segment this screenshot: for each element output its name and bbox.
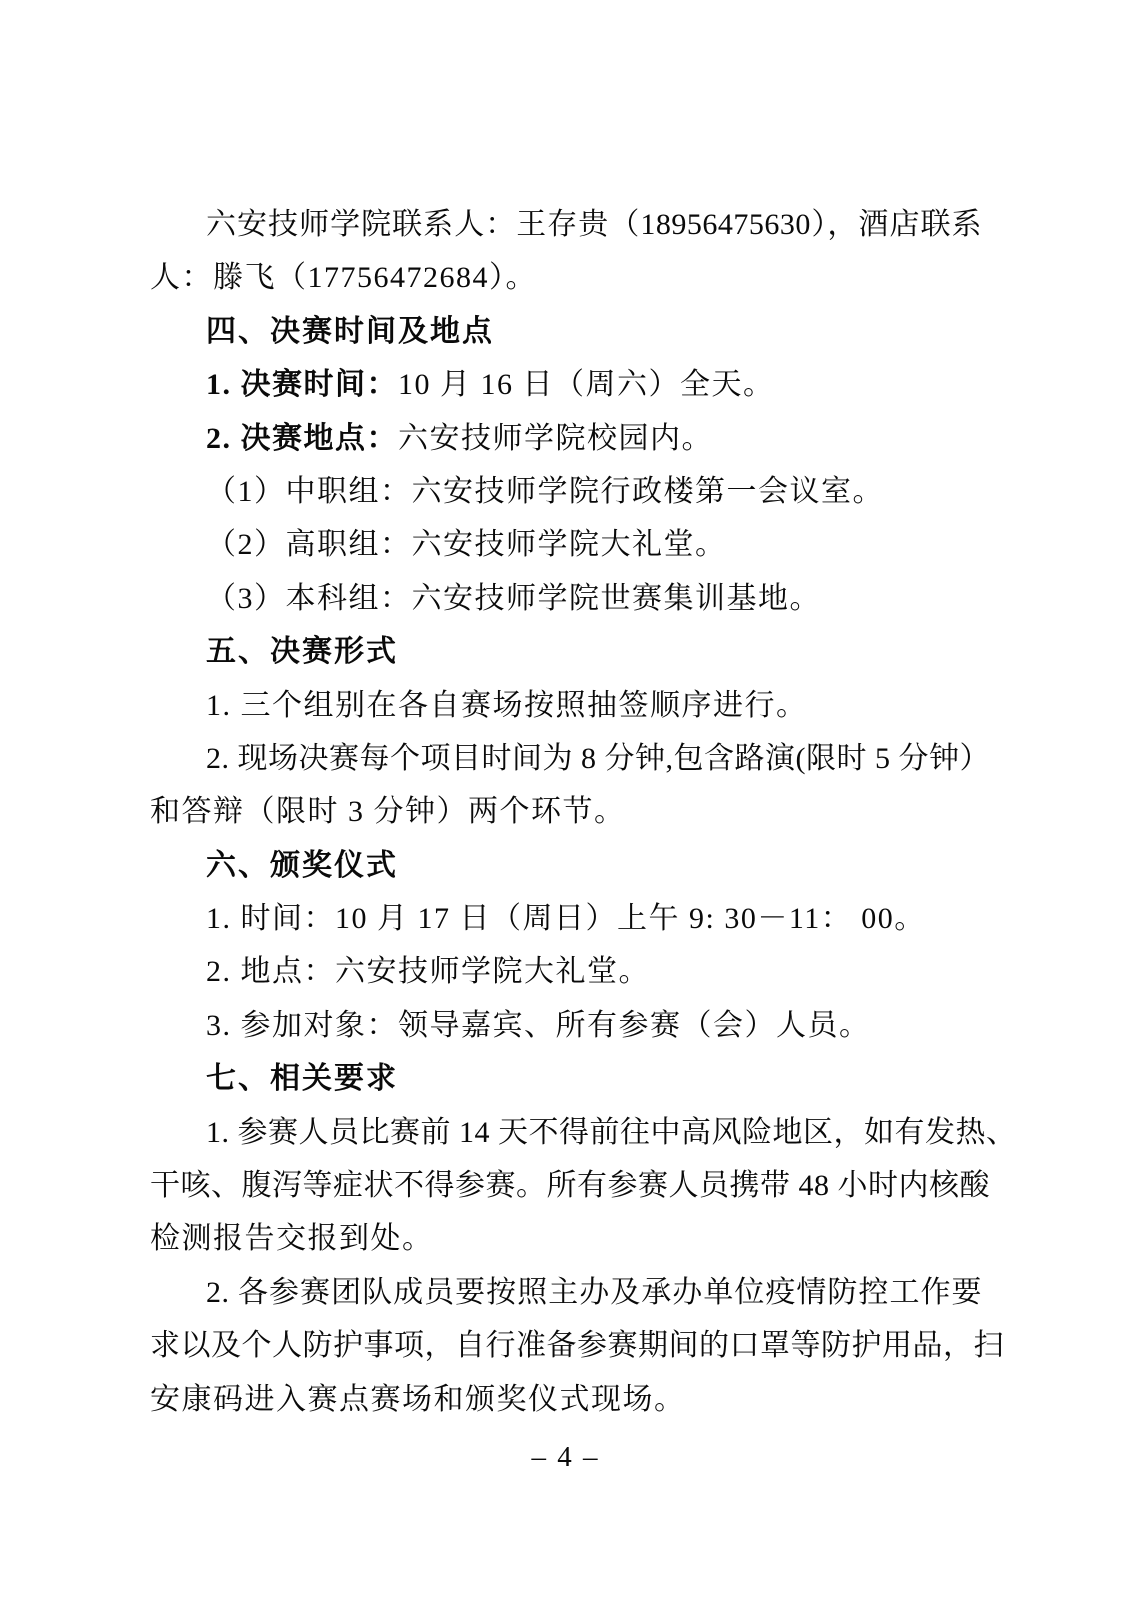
section-heading: 六、颁奖仪式: [206, 849, 398, 882]
text-line: 检测报告交报到处。: [150, 1212, 982, 1265]
text-line: 六安技师学院联系人：王存贵（18956475630），酒店联系: [150, 198, 982, 251]
text-line: 1. 参赛人员比赛前 14 天不得前往中高风险地区，如有发热、: [150, 1106, 982, 1159]
text-run: 2. 现场决赛每个项目时间为 8 分钟,包含路演(限时 5 分钟）: [206, 742, 990, 775]
text-line: （2）高职组：六安技师学院大礼堂。: [150, 518, 982, 571]
text-run: 3. 参加对象：领导嘉宾、所有参赛（会）人员。: [206, 1009, 871, 1042]
text-run: （1）中职组：六安技师学院行政楼第一会议室。: [206, 475, 884, 508]
page-number: – 4 –: [0, 1432, 1131, 1482]
text-run: 和答辩（限时 3 分钟）两个环节。: [150, 795, 626, 828]
text-run: 求以及个人防护事项，自行准备参赛期间的口罩等防护用品，扫: [150, 1329, 1004, 1362]
section-heading-line: 七、相关要求: [150, 1052, 982, 1105]
section-heading: 五、决赛形式: [206, 635, 398, 668]
section-heading-line: 六、颁奖仪式: [150, 839, 982, 892]
text-line: 求以及个人防护事项，自行准备参赛期间的口罩等防护用品，扫: [150, 1319, 982, 1372]
text-run: 检测报告交报到处。: [150, 1222, 434, 1255]
text-run: 2. 各参赛团队成员要按照主办及承办单位疫情防控工作要: [206, 1276, 982, 1309]
text-line: 和答辩（限时 3 分钟）两个环节。: [150, 785, 982, 838]
text-line: 2. 现场决赛每个项目时间为 8 分钟,包含路演(限时 5 分钟）: [150, 732, 982, 785]
text-line: 2. 决赛地点：六安技师学院校园内。: [150, 412, 982, 465]
text-line: 1. 三个组别在各自赛场按照抽签顺序进行。: [150, 679, 982, 732]
text-line: 干咳、腹泻等症状不得参赛。所有参赛人员携带 48 小时内核酸: [150, 1159, 982, 1212]
text-line: 2. 各参赛团队成员要按照主办及承办单位疫情防控工作要: [150, 1266, 982, 1319]
text-run: 10 月 16 日（周六）全天。: [398, 368, 775, 401]
section-heading-line: 四、决赛时间及地点: [150, 305, 982, 358]
section-heading: 七、相关要求: [206, 1062, 398, 1095]
text-run: 1. 三个组别在各自赛场按照抽签顺序进行。: [206, 689, 808, 722]
bold-label: 2. 决赛地点：: [206, 422, 398, 455]
text-run: 六安技师学院联系人：王存贵（18956475630），酒店联系: [206, 208, 982, 241]
document-body: 六安技师学院联系人：王存贵（18956475630），酒店联系人：滕飞（1775…: [150, 198, 982, 1426]
text-line: 安康码进入赛点赛场和颁奖仪式现场。: [150, 1373, 982, 1426]
text-run: 人：滕飞（17756472684）。: [150, 261, 537, 294]
text-run: （2）高职组：六安技师学院大礼堂。: [206, 528, 727, 561]
text-run: （3）本科组：六安技师学院世赛集训基地。: [206, 582, 821, 615]
text-run: 安康码进入赛点赛场和颁奖仪式现场。: [150, 1383, 686, 1416]
document-page: 六安技师学院联系人：王存贵（18956475630），酒店联系人：滕飞（1775…: [0, 0, 1131, 1600]
text-line: （3）本科组：六安技师学院世赛集训基地。: [150, 572, 982, 625]
text-line: 1. 决赛时间：10 月 16 日（周六）全天。: [150, 358, 982, 411]
text-run: 2. 地点：六安技师学院大礼堂。: [206, 955, 650, 988]
text-line: （1）中职组：六安技师学院行政楼第一会议室。: [150, 465, 982, 518]
text-run: 六安技师学院校园内。: [398, 422, 713, 455]
section-heading-line: 五、决赛形式: [150, 625, 982, 678]
text-run: 1. 参赛人员比赛前 14 天不得前往中高风险地区，如有发热、: [206, 1116, 1017, 1149]
text-line: 2. 地点：六安技师学院大礼堂。: [150, 945, 982, 998]
text-run: 1. 时间：10 月 17 日（周日）上午 9: 30－11： 00。: [206, 902, 926, 935]
text-run: 干咳、腹泻等症状不得参赛。所有参赛人员携带 48 小时内核酸: [150, 1169, 990, 1202]
text-line: 1. 时间：10 月 17 日（周日）上午 9: 30－11： 00。: [150, 892, 982, 945]
text-line: 人：滕飞（17756472684）。: [150, 251, 982, 304]
text-line: 3. 参加对象：领导嘉宾、所有参赛（会）人员。: [150, 999, 982, 1052]
section-heading: 四、决赛时间及地点: [206, 315, 494, 348]
bold-label: 1. 决赛时间：: [206, 368, 398, 401]
